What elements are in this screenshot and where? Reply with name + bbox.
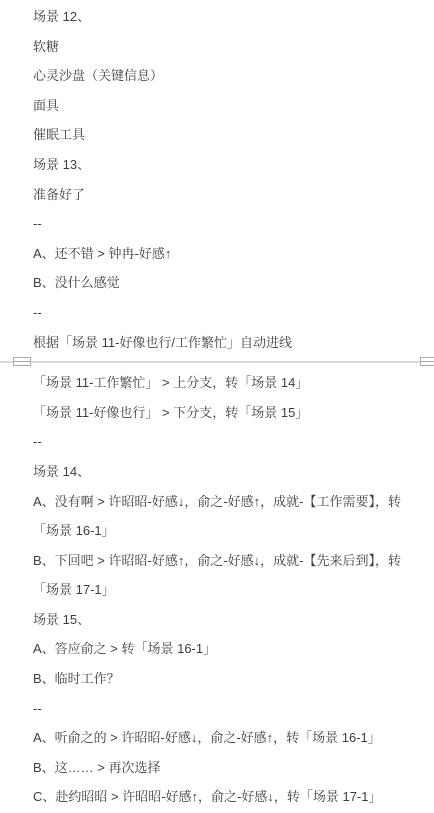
text-line: 面具 (0, 91, 434, 121)
text-line: A、没有啊 > 许昭昭-好感↓，俞之-好感↑，成就-【工作需要】，转 (0, 487, 434, 517)
text-line: 「场景 17-1」 (0, 575, 434, 605)
text-line: 场景 14、 (0, 457, 434, 487)
text-line: 心灵沙盘（关键信息） (0, 61, 434, 91)
page-break-divider[interactable] (0, 357, 434, 368)
page-break-handle-left (13, 357, 31, 366)
text-line: 「场景 16-1」 (0, 516, 434, 546)
text-line: B、临时工作？ (0, 664, 434, 694)
document-body: 场景 12、 软糖 心灵沙盘（关键信息） 面具 催眠工具 场景 13、 准备好了… (0, 0, 434, 812)
text-line: 场景 13、 (0, 150, 434, 180)
text-line: -- (0, 298, 434, 328)
text-line: 场景 15、 (0, 605, 434, 635)
text-line: -- (0, 209, 434, 239)
text-line: 场景 12、 (0, 2, 434, 32)
text-line: A、答应俞之 > 转「场景 16-1」 (0, 634, 434, 664)
text-line: A、听俞之的 > 许昭昭-好感↓，俞之-好感↑，转「场景 16-1」 (0, 723, 434, 753)
text-line: -- (0, 427, 434, 457)
text-line: -- (0, 694, 434, 724)
text-line: 根据「场景 11-好像也行/工作繁忙」自动进线 (0, 328, 434, 358)
page-break-handle-right (420, 357, 434, 366)
text-line: A、还不错 > 钟冉-好感↑ (0, 239, 434, 269)
text-line: 「场景 11-好像也行」 > 下分支，转「场景 15」 (0, 398, 434, 428)
text-line: 「场景 11-工作繁忙」 > 上分支，转「场景 14」 (0, 368, 434, 398)
text-line: B、没什么感觉 (0, 268, 434, 298)
text-line: B、这…… > 再次选择 (0, 753, 434, 783)
page-break-line (0, 361, 434, 363)
text-line: B、下回吧 > 许昭昭-好感↑，俞之-好感↓，成就-【先来后到】，转 (0, 546, 434, 576)
text-line: 准备好了 (0, 180, 434, 210)
text-line: C、赴约昭昭 > 许昭昭-好感↑，俞之-好感↓，转「场景 17-1」 (0, 782, 434, 812)
text-line: 软糖 (0, 32, 434, 62)
document-page: 场景 12、 软糖 心灵沙盘（关键信息） 面具 催眠工具 场景 13、 准备好了… (0, 0, 434, 813)
text-line: 催眠工具 (0, 120, 434, 150)
